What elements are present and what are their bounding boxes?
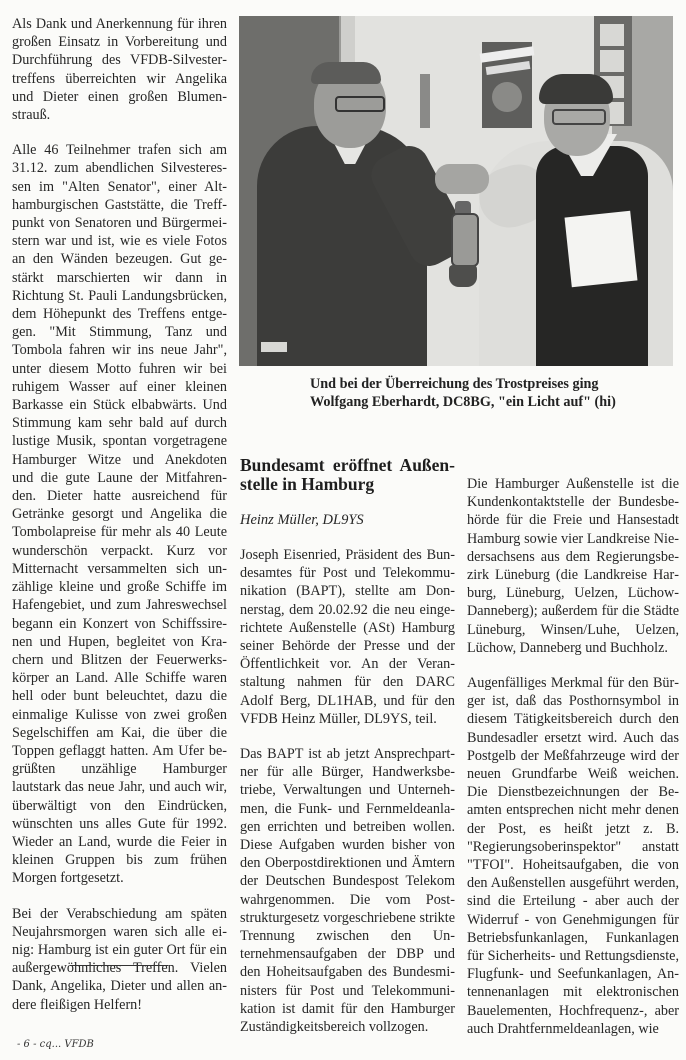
paragraph-opening: Joseph Eisenried, Präsident des Bun­desa… <box>240 546 455 728</box>
paragraph-farewell: Bei der Verabschiedung am späten Neujahr… <box>12 905 227 1014</box>
article-byline: Heinz Müller, DL9YS <box>240 511 455 529</box>
paper-sheet <box>565 211 638 288</box>
photo-caption: Und bei der Überreichung des Trostpreise… <box>310 375 630 411</box>
page-folio: - 6 - cq... VFDB <box>17 1039 94 1050</box>
paragraph-changes: Augenfälliges Merkmal für den Bür­ger is… <box>467 674 679 1038</box>
end-of-article-rule <box>70 965 168 966</box>
paragraph-jurisdiction: Die Hamburger Außenstelle ist die Kunden… <box>467 475 679 657</box>
right-column: Die Hamburger Außenstelle ist die Kunden… <box>467 475 679 1038</box>
middle-column: Bundesamt eröffnet Außen­stelle in Hambu… <box>240 456 455 1036</box>
paragraph-event-report: Alle 46 Teilnehmer trafen sich am 31.12.… <box>12 141 227 887</box>
left-column: Als Dank und Anerkennung für ihren große… <box>12 15 227 1014</box>
paragraph-thanks: Als Dank und Anerkennung für ihren große… <box>12 15 227 124</box>
photo-lantern-handover <box>239 16 673 366</box>
lantern-icon <box>449 201 477 291</box>
article-headline: Bundesamt eröffnet Außen­stelle in Hambu… <box>240 456 455 494</box>
wall-poster <box>482 42 532 128</box>
paragraph-bapt-contact: Das BAPT ist ab jetzt Ansprechpart­ner f… <box>240 745 455 1036</box>
